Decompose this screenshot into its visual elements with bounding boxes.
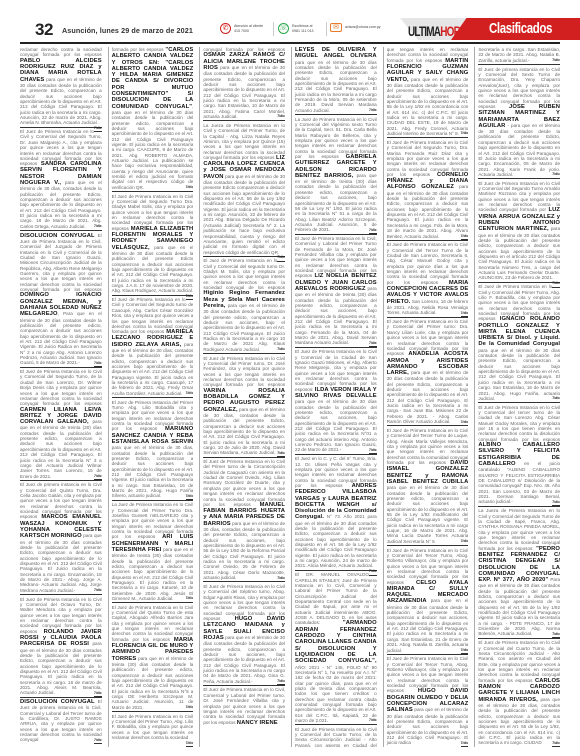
notice-names: "CARLOS ALBERTO CANDIA VALDEZ Y OTROS EN… — [112, 47, 194, 110]
notice-code: 7/dic — [186, 705, 194, 711]
notice-text: para que en el término de treinta (30) d… — [112, 656, 194, 710]
notice-text: para que en el término de 30 días contad… — [203, 174, 285, 255]
legal-notice: LEYES DE OLIVEIRA Y MIGUEL ANGEL OLIVERA… — [295, 47, 377, 115]
legal-notice: El Juez de Primera Instancia en lo Civil… — [203, 356, 285, 458]
notice-text: El Juez de Primera Instancia en lo Civil… — [295, 349, 377, 391]
legal-notice: El Juez de Primera Instancia en lo Civil… — [112, 714, 194, 742]
column-5: que tengan interés en reclamar derechos … — [383, 47, 469, 747]
legal-notice: La Jueza de Primera Instancia en lo Civi… — [478, 508, 560, 639]
notice-text: formada por los esposos — [112, 47, 166, 52]
notice-code: 7/dic — [461, 539, 469, 545]
notice-text: para que en el término de 30 días contad… — [387, 707, 469, 745]
legal-notice: Secretaría a mi cargo. San Estanislao, 2… — [478, 47, 560, 65]
notice-text: para que en el término de 30 días contad… — [203, 303, 285, 352]
legal-notice: El Juez de Primera Instancia en lo Civil… — [20, 129, 102, 231]
legal-notice: El Juez de Primera Instancia en lo Civil… — [478, 640, 560, 746]
notice-text: El Juez de Primera Instancia en lo Civil… — [20, 369, 102, 406]
legal-notice: El Juez de Primera Instancia en lo Civil… — [387, 242, 469, 317]
notice-text: para que en el término de 30 días contad… — [478, 348, 560, 401]
notice-text: para que en el término de 30 días contad… — [203, 635, 285, 684]
column-3: conyugal formada por los esposos OSMAR Z… — [199, 47, 285, 747]
notice-text: Para que en el término de 30 días contad… — [478, 577, 560, 636]
notice-code: 7/dic — [94, 691, 102, 697]
notice-code: 7/dic — [552, 172, 560, 178]
notice-code: 7/dic — [186, 391, 194, 397]
whatsapp-icon: ☏ — [278, 23, 289, 34]
notice-text: para que en el término de 30 días contad… — [387, 485, 469, 543]
legal-notice: El Juez de Primera Instancia en lo Civil… — [387, 656, 469, 746]
notice-code: 7/dic — [186, 494, 194, 500]
notice-code: 7/dic — [369, 448, 377, 454]
notice-code: 7/dic — [552, 396, 560, 402]
notice-text: El Juez de Primera Instancia en lo Civil… — [478, 405, 560, 442]
notice-code: 7/dic — [369, 718, 377, 724]
column-4: LEYES DE OLIVEIRA Y MIGUEL ANGEL OLIVERA… — [291, 47, 377, 747]
notice-text: El Juez de Primera Instancia en lo Civil… — [387, 242, 469, 284]
legal-notice: El Juez de Primera Instancia en lo Civil… — [203, 258, 285, 354]
notice-text: La Juez de Primera Instancia en lo Civil… — [295, 117, 377, 159]
legal-notice: que tengan interés en reclamar derechos … — [387, 47, 469, 138]
legal-notice: El Juez de Primera Instancia en lo Civil… — [203, 459, 285, 582]
notice-code: 7/dic — [94, 588, 102, 594]
notice-text: para que en el término de 30 días contad… — [20, 77, 102, 126]
notice-code: 7/dic — [461, 234, 469, 240]
notice-code: 7/dic — [186, 741, 194, 747]
contact-whatsapp: ☏ Escribinos al0981 111 013 — [278, 23, 313, 34]
legal-notice: El Juez de Primera Instancia en lo Civil… — [295, 349, 377, 454]
legal-notice: El Juez de Primera Instancia del Primer … — [112, 400, 194, 501]
legal-notice: El DR. MANUEL OSVALDO CAPELLIN STANLEY, … — [295, 572, 377, 725]
notice-text: Secretaría a mi cargo. San Estanislao, 2… — [478, 47, 560, 63]
legal-notice: El Juez de Primera Instancia en lo Civil… — [20, 597, 102, 698]
notice-text: para que en el término de 30 días, conta… — [112, 445, 194, 498]
notice-text: para que en el término de 30 días contad… — [295, 60, 377, 113]
contact-whatsapp-label: Escribinos al — [292, 24, 313, 28]
header-rule — [20, 42, 560, 44]
legal-notice: La Juez de Primera Instancia en lo Civil… — [112, 502, 194, 603]
notice-text: para que en el término de treinta (30) d… — [112, 547, 194, 601]
notice-code: 7/dic — [461, 741, 469, 747]
notice-text: para que en el término de 30 días, conta… — [203, 407, 285, 456]
notice-text: para que en el término de 30 días, conta… — [203, 521, 285, 580]
notice-code: 7/dic — [277, 576, 285, 582]
notice-names: LEYES DE OLIVEIRA Y MIGUEL ANGEL OLIVERA — [295, 47, 377, 59]
notice-text: para que en el término de treinta (30) d… — [20, 419, 102, 478]
legal-notice: DISOLUCION CONYUGAL El Juez de Primera I… — [20, 233, 102, 368]
legal-notice: El Juez de primera instancia en lo Civil… — [478, 67, 560, 180]
notice-code: 7/dic — [94, 474, 102, 480]
legal-notice: DISOLUCION CONYUGAL El Juez de primera i… — [20, 699, 102, 744]
contact-email: ✉ avisos@uhora.com.py — [330, 23, 381, 32]
notice-text: para que en el término de 30 días contad… — [112, 245, 194, 294]
notice-code: 7/dic — [552, 741, 560, 747]
notice-text: El Juez de primera instancia en lo Civil… — [20, 699, 102, 742]
notice-code: 7/dic — [552, 500, 560, 506]
classified-columns: reclamar derecho contra la sociedad cony… — [20, 47, 560, 747]
notice-code: 7/dic — [94, 738, 102, 744]
notice-text: El Juez de Primera Instancia en lo Civil… — [20, 233, 102, 292]
notice-text: El Juez de Primera Instancia en lo Civil… — [203, 459, 285, 507]
legal-notice: El Juez de primera instancia en lo Civil… — [20, 482, 102, 595]
legal-notice: El Juez de Primera Instancia en lo Civil… — [20, 369, 102, 481]
notice-text: El Juez de Primera Instancia en lo Civil… — [112, 714, 194, 740]
notice-text: para que en el término de 30 días contad… — [20, 533, 102, 592]
page-header: 32 Asunción, lunes 29 de marzo de 2021 ✆… — [0, 0, 580, 40]
legal-notice: El Juez de Primera Instancia en lo Civil… — [387, 548, 469, 655]
notice-text: para que en el término de 30 días contad… — [295, 399, 377, 452]
notice-code: 7/dic — [461, 648, 469, 654]
section-banner: Clasificados — [451, 18, 580, 40]
legal-notice: El Juez de Primera Instancia en lo Civil… — [387, 140, 469, 241]
notice-text: para que en el término de 30 días contad… — [203, 65, 285, 119]
notice-text: , Para que en el término de 30 días cont… — [20, 311, 102, 365]
notice-code: 7/dic — [552, 58, 560, 64]
page-number: 32 — [35, 22, 53, 38]
contact-phone: ✆ Atención al cliente415 7000 — [220, 23, 263, 34]
notice-text: N° 73. Año 2021 para que en el término d… — [295, 514, 377, 568]
notice-text: para que en el término de 30 días contad… — [387, 184, 469, 238]
notice-text: La Jueza de Primera Instancia en lo Civi… — [478, 508, 560, 550]
notice-code: 7/dic — [369, 228, 377, 234]
notice-text: para que en el término de 30 días contad… — [387, 598, 469, 652]
legal-notice: El Juez de Primera Instancia en lo Civil… — [387, 428, 469, 546]
legal-notice: El Juez de Primera Instancia en lo Civil… — [112, 194, 194, 296]
notice-text: para que en el término de 30 días contad… — [478, 226, 560, 280]
notice-text: El Juez de Primera Instancia en lo Civil… — [478, 640, 560, 682]
page-date: Asunción, lunes 29 de marzo de 2021 — [62, 26, 193, 35]
notice-names: DISOLUCION CONYUGAL — [20, 233, 95, 239]
notice-text: para que en el término de 30 días contad… — [387, 77, 469, 136]
notice-text: para que en el término de treinta (30) d… — [295, 286, 377, 345]
legal-notice: El Juez de Primera Instancia en lo Civil… — [295, 727, 377, 747]
notice-text: El Juez de Primera Instancia en lo Civil… — [295, 236, 377, 278]
notice-text: , para que en el término de 30 días cont… — [112, 104, 194, 190]
notice-text: conyugal formada por los esposos — [203, 47, 285, 52]
notice-code: 7/dic — [552, 632, 560, 638]
notice-text: en el juicio caratulado "ALBINO CABALLER… — [478, 461, 560, 504]
notice-text: El Juez de primera instancia en lo Civil… — [478, 67, 560, 109]
notice-names: "ARMANDO ADRIAN FERNANDEZ CARDOZO Y CINT… — [295, 620, 377, 664]
column-1: reclamar derecho contra la sociedad cony… — [20, 47, 102, 747]
legal-notice: conyugal formada por los esposos OSMAR Z… — [203, 47, 285, 121]
notice-text: El Juez de Primera Instancia en lo Civil… — [295, 727, 377, 747]
newspaper-page: 32 Asunción, lunes 29 de marzo de 2021 ✆… — [0, 0, 580, 756]
legal-notice: reclamar derecho contra la sociedad cony… — [20, 47, 102, 128]
divider — [273, 22, 274, 36]
notice-code: 7/dic — [461, 311, 469, 317]
contact-email-value: avisos@uhora.com.py — [345, 25, 381, 29]
email-icon: ✉ — [330, 23, 342, 32]
notice-text: para que en el término de 30 días contad… — [387, 370, 469, 424]
legal-notice: La Jueza de Primera Instancia en lo Civi… — [203, 123, 285, 257]
notice-text: para que en el término de 30 días, conta… — [478, 697, 560, 746]
legal-notice: El Juez de Primera Instancia en lo Civil… — [387, 319, 469, 426]
legal-notice: El Juez de Primera Instancia en lo Civil… — [478, 284, 560, 403]
notice-code: 7/dic — [277, 347, 285, 353]
column-6: Secretaría a mi cargo. San Estanislao, 2… — [474, 47, 560, 747]
brand-part1: ULTIMA — [408, 25, 440, 40]
legal-notice: El Juez de Primera Instancia en lo Civil… — [203, 584, 285, 686]
notice-code: 7/dic — [94, 361, 102, 367]
phone-icon: ✆ — [220, 23, 231, 34]
notice-text: AÑO: 2021 - N° 145, FOLIO N° 90 Secretar… — [295, 665, 377, 723]
notice-code: 7/dic — [369, 341, 377, 347]
notice-names: DISOLUCION CONYUGAL — [20, 699, 95, 705]
notice-code: 7/dic — [277, 114, 285, 120]
notice-code: 7/dic — [461, 420, 469, 426]
contact-phone-label: Atención al cliente — [234, 24, 263, 28]
contact-phone-value: 415 7000 — [234, 29, 263, 33]
notice-text: El Juez de Primera Instancia en lo Civil… — [203, 258, 285, 290]
notice-code: 7/dic — [94, 224, 102, 230]
notice-text: - para que en el término de 30 días cont… — [478, 123, 560, 177]
legal-notice: El Juez de Primera Instancia en lo Civil… — [295, 236, 377, 348]
notice-text: El DR. MANUEL OSVALDO CAPELLIN STANLEY, … — [295, 572, 377, 625]
legal-notice: El Juez de Primera Instancia en lo Civil… — [112, 605, 194, 712]
notice-code: 7/dic — [186, 185, 194, 191]
notice-text: para que en el término de treinta (30) d… — [295, 173, 377, 232]
notice-code: 7/dic — [277, 451, 285, 457]
legal-notice: El Juez en lo C. y C. del 6° Turno, Sria… — [295, 456, 377, 571]
legal-notice: El Juez de Primera Instancia en lo Civil… — [478, 181, 560, 283]
section-title: Clasificados — [489, 21, 552, 37]
notice-text: para que en el término de 30 días, conta… — [20, 180, 102, 229]
legal-notice: El Juez de Primera Instancia en lo Civil… — [112, 297, 194, 398]
notice-code: 7/dic — [186, 596, 194, 602]
divider — [326, 22, 327, 36]
notice-text: El Juez de Primera Instancia en lo Civil… — [203, 356, 285, 388]
notice-code: 7/dic — [461, 131, 469, 137]
notice-text: para que en el término de 30 días contad… — [20, 641, 102, 695]
legal-notice: El Juez de Primera Instancia en lo Civil… — [203, 687, 285, 726]
notice-text: La Jueza de Primera Instancia en lo Civi… — [203, 123, 285, 160]
notice-code: 7/dic — [369, 108, 377, 114]
notice-names: NANCY IRENE — [237, 720, 278, 726]
legal-notice: El Juez de Primera Instancia en lo Civil… — [478, 405, 560, 507]
legal-notice: formada por los esposos "CARLOS ALBERTO … — [112, 47, 194, 192]
column-2: formada por los esposos "CARLOS ALBERTO … — [108, 47, 194, 747]
legal-notice: La Juez de Primera Instancia en lo Civil… — [295, 117, 377, 235]
notice-text: reclamar derecho contra la sociedad cony… — [20, 47, 102, 57]
notice-text: para que en el término de 30 días, conta… — [112, 342, 194, 396]
contact-whatsapp-value: 0981 111 013 — [292, 29, 313, 33]
notice-code: 7/dic — [277, 679, 285, 685]
